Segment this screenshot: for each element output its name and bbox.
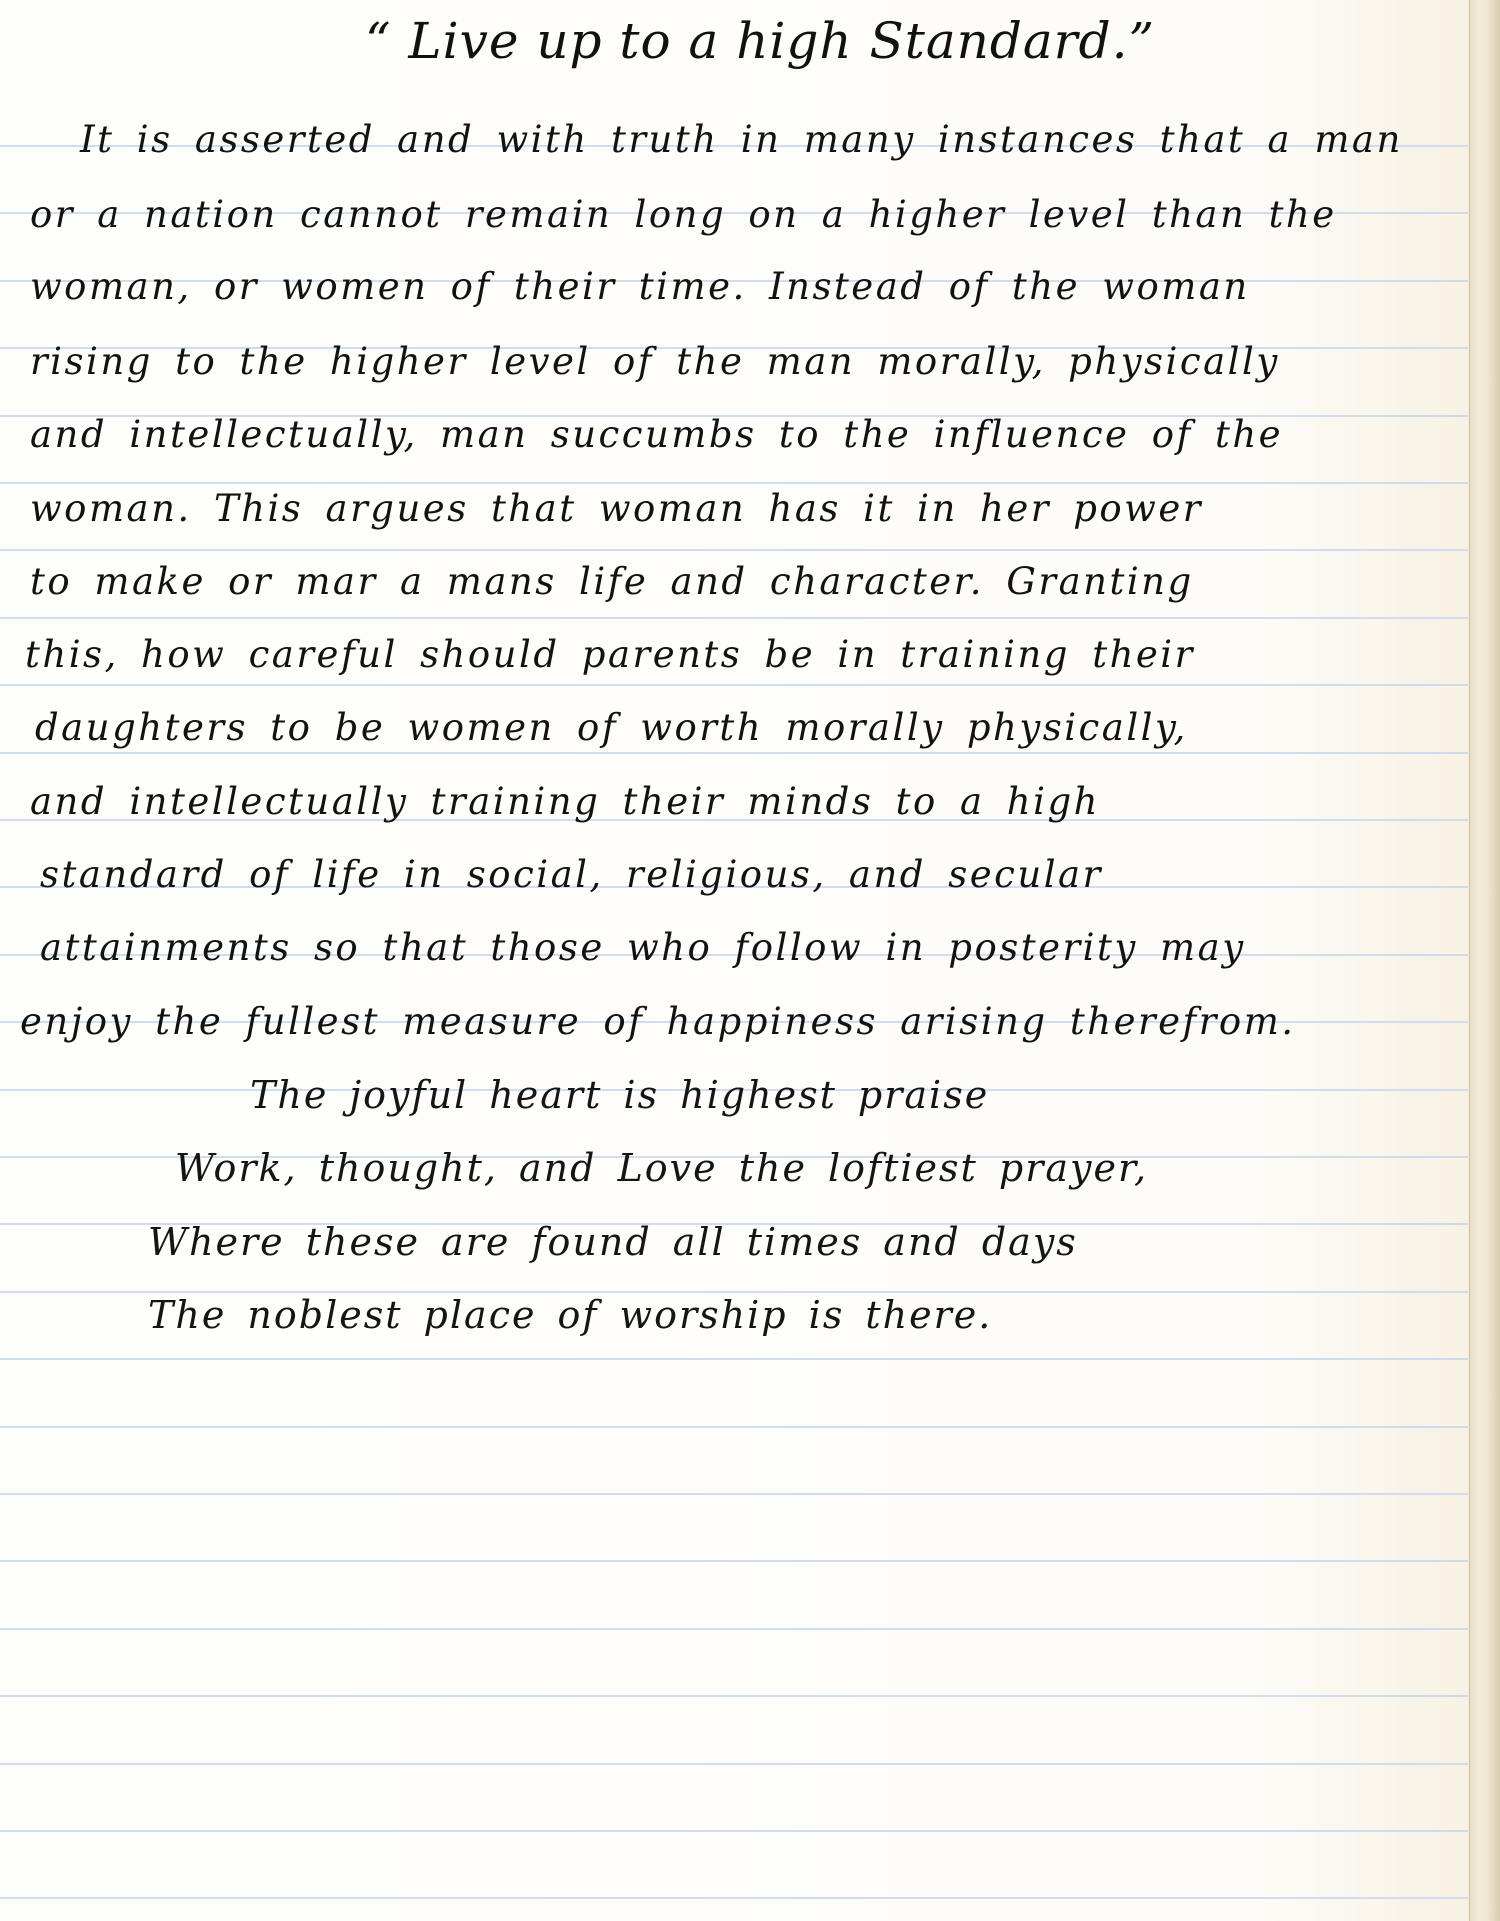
ruled-line — [0, 617, 1468, 619]
verse-line: Work, thought, and Love the loftiest pra… — [175, 1146, 1148, 1190]
ruled-line — [0, 1830, 1468, 1832]
verse-line: The noblest place of worship is there. — [148, 1293, 992, 1337]
verse-line: Where these are found all times and days — [148, 1220, 1078, 1264]
ruled-line — [0, 752, 1468, 754]
paragraph-line: standard of life in social, religious, a… — [40, 853, 1103, 896]
verse-line: The joyful heart is highest praise — [250, 1073, 989, 1117]
paragraph-line: daughters to be women of worth morally p… — [35, 706, 1188, 749]
ruled-line — [0, 482, 1468, 484]
paragraph-line: woman, or women of their time. Instead o… — [30, 265, 1250, 308]
ruled-line — [0, 1628, 1468, 1630]
ruled-line — [0, 1493, 1468, 1495]
page-edge — [1469, 0, 1500, 1921]
page-title: “ Live up to a high Standard.” — [230, 12, 1290, 70]
paragraph-line: and intellectually, man succumbs to the … — [30, 413, 1283, 456]
paragraph-line: It is asserted and with truth in many in… — [80, 118, 1403, 161]
paragraph-line: rising to the higher level of the man mo… — [30, 340, 1280, 383]
ruled-line — [0, 1426, 1468, 1428]
ruled-line — [0, 1695, 1468, 1697]
paragraph-line: enjoy the fullest measure of happiness a… — [20, 1000, 1296, 1043]
ruled-line — [0, 1358, 1468, 1360]
paragraph-line: attainments so that those who follow in … — [40, 926, 1246, 969]
paragraph-line: this, how careful should parents be in t… — [25, 633, 1195, 676]
paragraph-line: woman. This argues that woman has it in … — [30, 487, 1203, 530]
ruled-line — [0, 1560, 1468, 1562]
ruled-line — [0, 684, 1468, 686]
ruled-line — [0, 1763, 1468, 1765]
paragraph-line: and intellectually training their minds … — [30, 780, 1100, 823]
notebook-page: “ Live up to a high Standard.” It is ass… — [0, 0, 1470, 1921]
ruled-line — [0, 549, 1468, 551]
paragraph-line: or a nation cannot remain long on a high… — [30, 193, 1337, 236]
paragraph-line: to make or mar a mans life and character… — [30, 560, 1194, 603]
ruled-line — [0, 1897, 1468, 1899]
